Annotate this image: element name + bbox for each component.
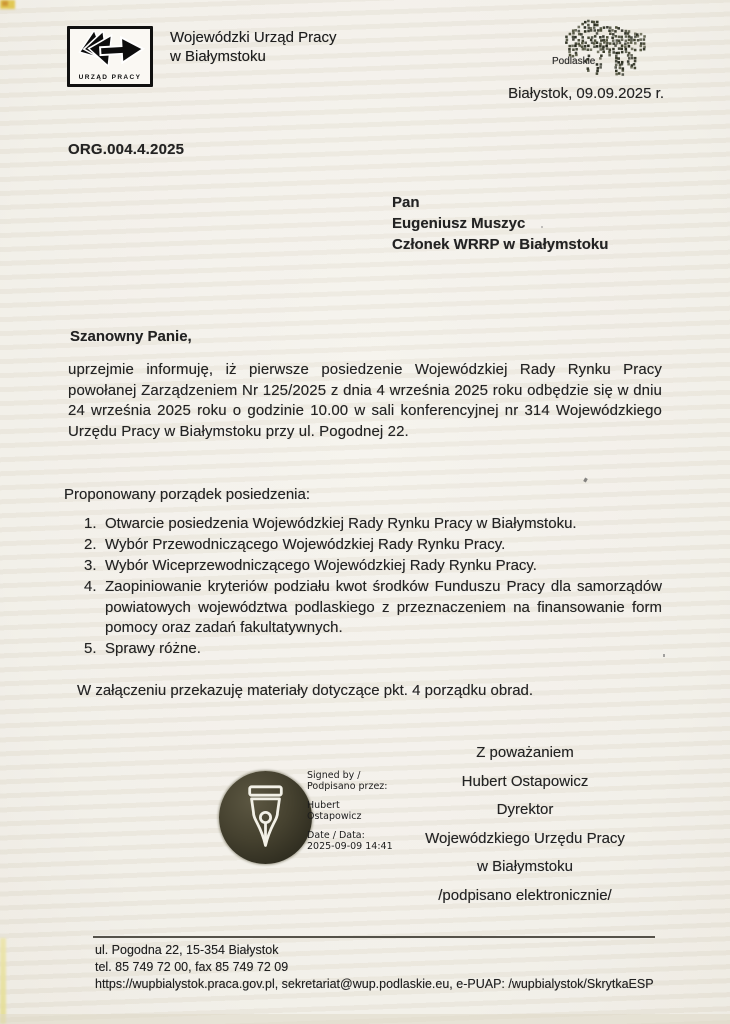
scan-artifact xyxy=(0,938,6,1024)
agenda-item-number: 2. xyxy=(84,535,105,556)
signer-title: Dyrektor xyxy=(388,801,662,818)
urzad-pracy-logo: URZĄD PRACY xyxy=(67,26,153,87)
region-label: Podlaskie xyxy=(552,56,595,67)
body-paragraph: uprzejmie informuję, iż pierwsze posiedz… xyxy=(68,360,662,442)
signature-seal xyxy=(219,771,312,864)
signer-org-line1: Wojewódzkiego Urzędu Pracy xyxy=(388,830,662,847)
addressee-title: Pan xyxy=(392,192,608,213)
arrows-logo-icon xyxy=(71,31,149,71)
agenda-item: 1. Otwarcie posiedzenia Wojewódzkiej Rad… xyxy=(84,514,662,535)
date-line: Białystok, 09.09.2025 r. xyxy=(508,85,664,102)
addressee-role: Członek WRRP w Białymstoku xyxy=(392,234,608,255)
attachment-note: W załączeniu przekazuję materiały dotycz… xyxy=(77,682,533,699)
scan-artifact xyxy=(663,654,665,657)
scan-artifact xyxy=(0,1014,730,1024)
agenda-item-number: 3. xyxy=(84,556,105,577)
agenda-intro: Proponowany porządek posiedzenia: xyxy=(64,486,310,503)
footer-web-email: https://wupbialystok.praca.gov.pl, sekre… xyxy=(95,976,654,993)
agenda-item: 3. Wybór Wiceprzewodniczącego Wojewódzki… xyxy=(84,556,662,577)
agenda-list: 1. Otwarcie posiedzenia Wojewódzkiej Rad… xyxy=(84,514,662,660)
footer-contact: ul. Pogodna 22, 15-354 Białystok tel. 85… xyxy=(95,942,654,993)
scan-artifact xyxy=(0,0,15,9)
agenda-item-text: Wybór Wiceprzewodniczącego Wojewódzkiej … xyxy=(105,556,662,577)
agenda-item-number: 1. xyxy=(84,514,105,535)
scan-artifact xyxy=(2,1,8,6)
org-name-line2: w Białymstoku xyxy=(170,47,336,66)
footer-divider xyxy=(93,936,655,938)
agenda-item-text: Sprawy różne. xyxy=(105,639,662,660)
agenda-item: 5. Sprawy różne. xyxy=(84,639,662,660)
scan-artifact xyxy=(583,478,588,483)
agenda-item-number: 5. xyxy=(84,639,105,660)
closing-phrase: Z poważaniem xyxy=(388,744,662,761)
signer-name: Hubert Ostapowicz xyxy=(388,773,662,790)
footer-address: ul. Pogodna 22, 15-354 Białystok xyxy=(95,942,654,959)
podlaskie-bison-logo-icon xyxy=(552,12,652,78)
agenda-item-number: 4. xyxy=(84,577,105,639)
agenda-item: 4. Zaopiniowanie kryteriów podziału kwot… xyxy=(84,577,662,639)
pen-nib-icon xyxy=(219,771,312,864)
addressee-name: Eugeniusz Muszyc xyxy=(392,213,608,234)
agenda-item: 2. Wybór Przewodniczącego Wojewódzkiej R… xyxy=(84,535,662,556)
salutation: Szanowny Panie, xyxy=(70,328,192,345)
signer-org-line2: w Białymstoku xyxy=(388,858,662,875)
agenda-item-text: Otwarcie posiedzenia Wojewódzkiej Rady R… xyxy=(105,514,662,535)
reference-number: ORG.004.4.2025 xyxy=(68,141,184,158)
electronic-signature-note: /podpisano elektronicznie/ xyxy=(388,887,662,904)
agenda-item-text: Wybór Przewodniczącego Wojewódzkiej Rady… xyxy=(105,535,662,556)
org-name: Wojewódzki Urząd Pracy w Białymstoku xyxy=(170,28,336,66)
scanned-letter-page: URZĄD PRACY Wojewódzki Urząd Pracy w Bia… xyxy=(0,0,730,1024)
logo-caption: URZĄD PRACY xyxy=(70,74,150,81)
org-name-line1: Wojewódzki Urząd Pracy xyxy=(170,28,336,47)
agenda-item-text: Zaopiniowanie kryteriów podziału kwot śr… xyxy=(105,577,662,639)
addressee-block: Pan Eugeniusz Muszyc Członek WRRP w Biał… xyxy=(392,192,608,255)
footer-phone: tel. 85 749 72 00, fax 85 749 72 09 xyxy=(95,959,654,976)
closing-block: Z poważaniem Hubert Ostapowicz Dyrektor … xyxy=(388,744,662,915)
